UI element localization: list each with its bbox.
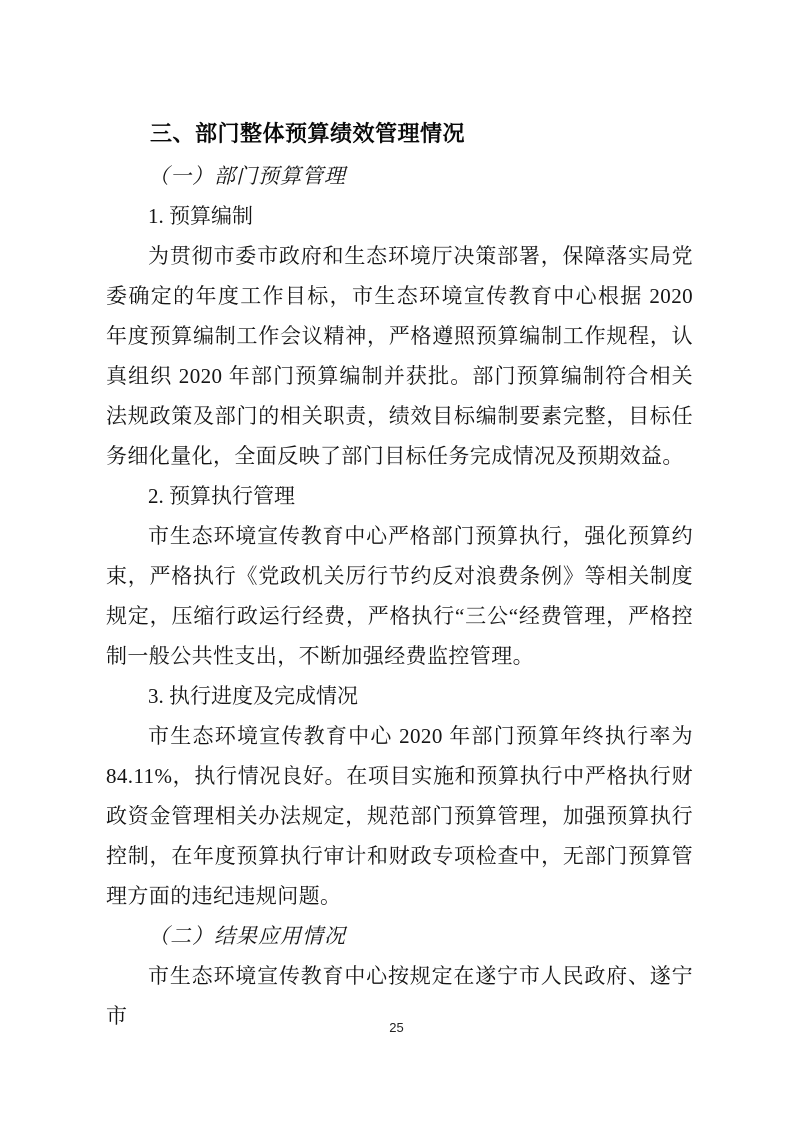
numbered-heading-3: 3. 执行进度及完成情况 (106, 676, 693, 716)
document-content: 三、部门整体预算绩效管理情况 （一）部门预算管理 1. 预算编制 为贯彻市委市政… (106, 112, 693, 1036)
numbered-heading-2: 2. 预算执行管理 (106, 476, 693, 516)
document-page: 三、部门整体预算绩效管理情况 （一）部门预算管理 1. 预算编制 为贯彻市委市政… (0, 0, 793, 1122)
subsection-heading-1: （一）部门预算管理 (106, 156, 693, 196)
paragraph-budget-preparation: 为贯彻市委市政府和生态环境厅决策部署，保障落实局党委确定的年度工作目标，市生态环… (106, 236, 693, 476)
numbered-heading-1: 1. 预算编制 (106, 196, 693, 236)
subsection-heading-2: （二）结果应用情况 (106, 916, 693, 956)
section-heading: 三、部门整体预算绩效管理情况 (106, 112, 693, 156)
page-number: 25 (0, 1020, 793, 1035)
paragraph-budget-execution: 市生态环境宣传教育中心严格部门预算执行，强化预算约束，严格执行《党政机关厉行节约… (106, 516, 693, 676)
paragraph-execution-progress: 市生态环境宣传教育中心 2020 年部门预算年终执行率为 84.11%，执行情况… (106, 716, 693, 916)
